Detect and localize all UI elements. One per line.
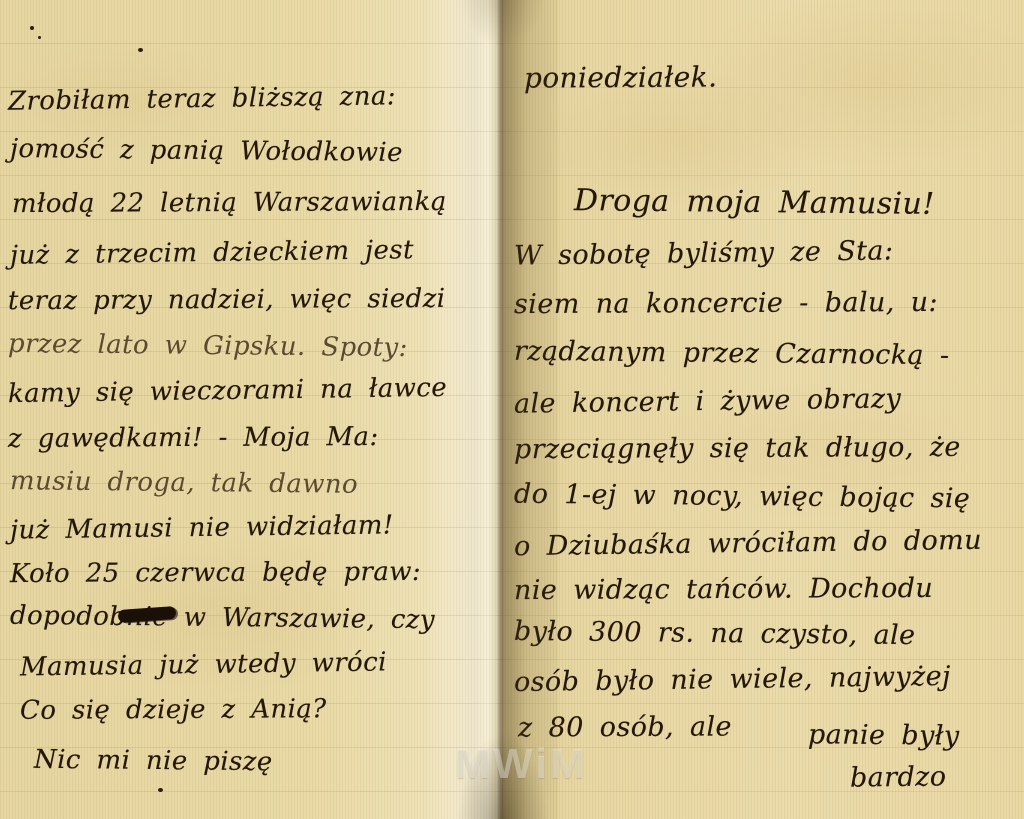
- handwriting-line: W sobotę byliśmy ze Sta:: [514, 237, 894, 269]
- ink-speck: [158, 788, 163, 792]
- handwriting-line: Nic mi nie piszę: [34, 747, 273, 775]
- handwriting-line: o Dziubaśka wróciłam do domu: [514, 527, 982, 561]
- handwriting-line: z gawędkami! - Moja Ma:: [8, 424, 379, 452]
- handwriting-line: do 1-ej w nocy, więc bojąc się: [514, 481, 971, 513]
- handwriting-line: poniedziałek.: [524, 63, 718, 92]
- ink-speck: [138, 48, 143, 52]
- handwriting-line: przeciągnęły się tak długo, że: [514, 434, 961, 463]
- handwriting-line: teraz przy nadziei, więc siedzi: [8, 286, 446, 314]
- handwriting-line: musiu droga, tak dawno: [10, 468, 358, 498]
- handwriting-line: Zrobiłam teraz bliższą zna:: [8, 83, 396, 114]
- handwriting-line: jomość z panią Wołodkowie: [10, 136, 403, 166]
- handwriting-line: Droga moja Mamusiu!: [574, 186, 935, 220]
- handwriting-line: kamy się wieczorami na ławce: [8, 375, 447, 407]
- handwriting-line: z 80 osób, ale: [518, 713, 732, 741]
- left-page: Zrobiłam teraz bliższą zna: jomość z pan…: [0, 0, 502, 819]
- handwriting-line: panie były: [808, 721, 960, 750]
- handwriting-line: Mamusia już wtedy wróci: [20, 649, 387, 680]
- handwriting-line: ale koncert i żywe obrazy: [514, 385, 901, 417]
- handwriting-line: dopodobnie w Warszawie, czy: [10, 603, 435, 633]
- handwriting-line: osób było nie wiele, najwyżej: [514, 663, 951, 696]
- handwriting-line: nie widząc tańców. Dochodu: [514, 575, 933, 604]
- handwriting-line: przez lato w Gipsku. Spoty:: [8, 331, 408, 361]
- letter-scan: Zrobiłam teraz bliższą zna: jomość z pan…: [0, 0, 1024, 819]
- handwriting-line: bardzo: [850, 763, 947, 791]
- handwriting-line: Koło 25 czerwca będę praw:: [10, 559, 421, 587]
- handwriting-line: Co się dzieje z Anią?: [20, 696, 327, 724]
- handwriting-line: już Mamusi nie widziałam!: [10, 512, 394, 543]
- handwriting-line: siem na koncercie - balu, u:: [514, 289, 938, 318]
- ink-speck: [30, 26, 34, 30]
- handwriting-line: rządzanym przez Czarnocką -: [514, 338, 950, 370]
- watermark: MWiM: [455, 740, 588, 788]
- ink-speck: [38, 36, 41, 39]
- right-page: poniedziałek. Droga moja Mamusiu! W sobo…: [502, 0, 1024, 819]
- handwriting-line: już z trzecim dzieckiem jest: [10, 237, 414, 269]
- handwriting-line: młodą 22 letnią Warszawianką: [12, 189, 447, 217]
- handwriting-line: było 300 rs. na czysto, ale: [514, 618, 916, 649]
